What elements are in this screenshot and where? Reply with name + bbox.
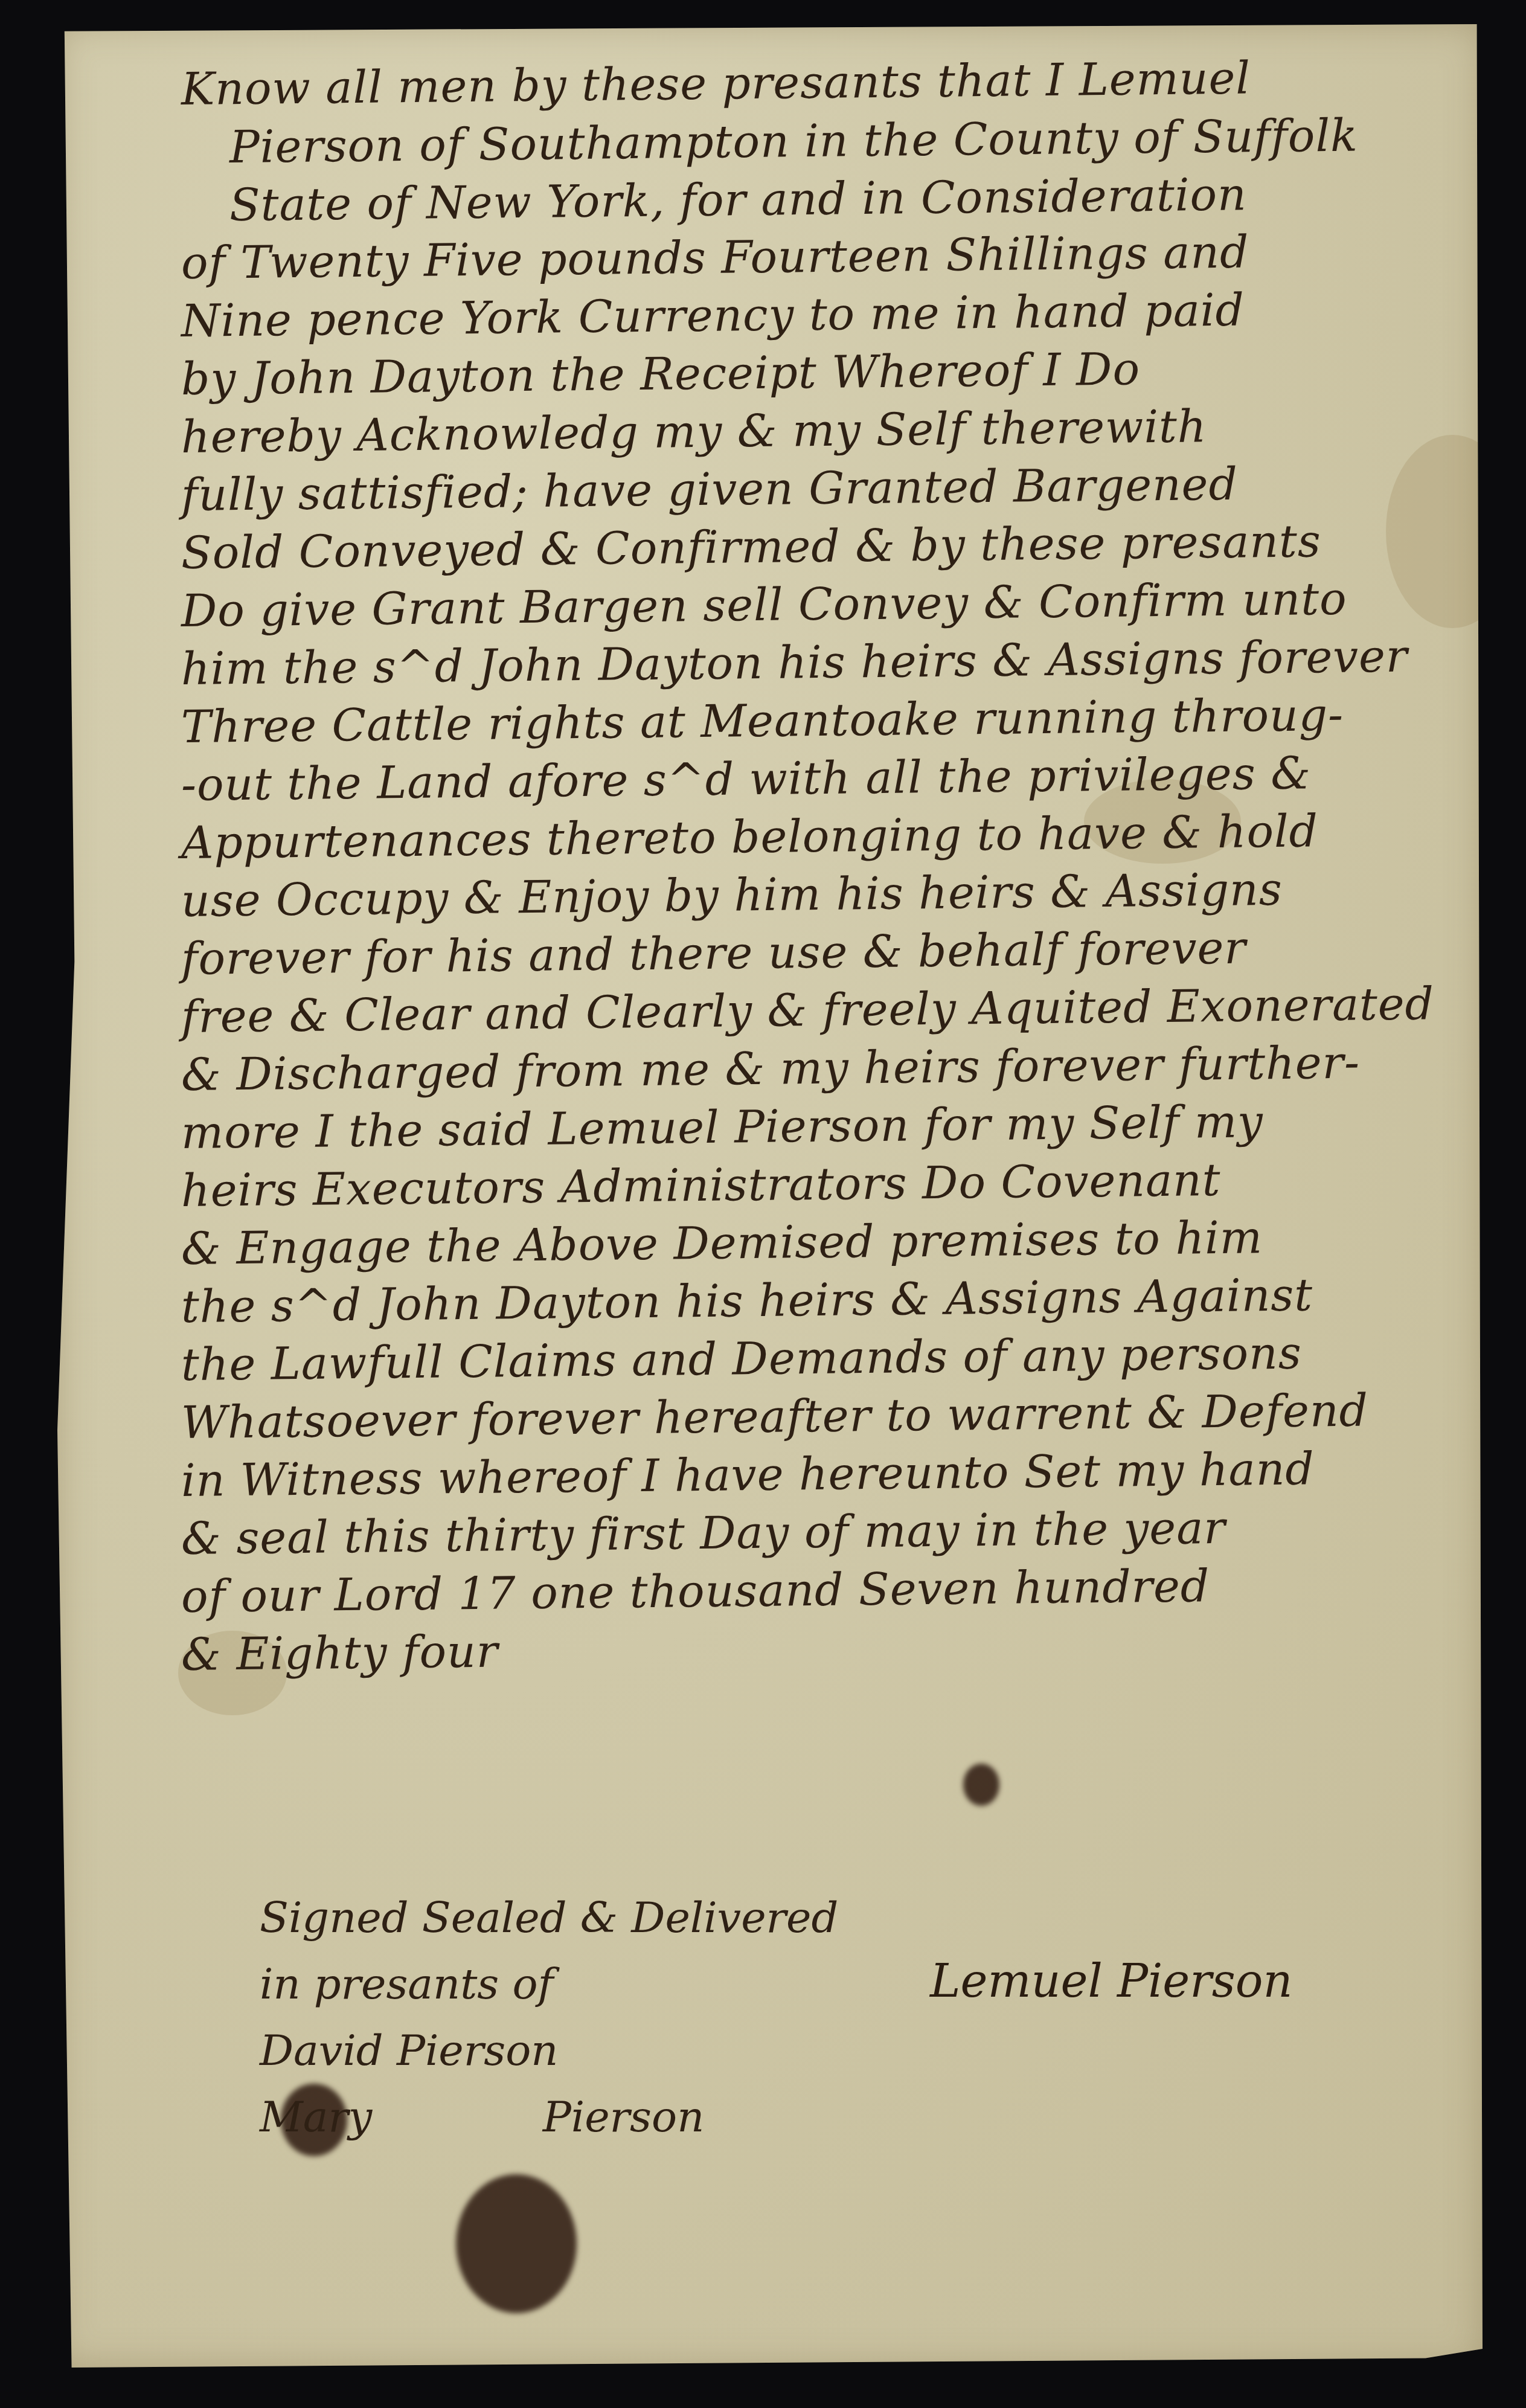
grantor-signature: Lemuel Pierson — [930, 1954, 1292, 2008]
presence-text: in presants of — [260, 1951, 838, 2017]
witness-first-name: David — [260, 2026, 383, 2075]
witness-first-name: Mary — [260, 2092, 372, 2142]
witness-last-name: Pierson — [397, 2026, 559, 2075]
witness-last-name: Pierson — [543, 2092, 705, 2142]
ink-blot — [963, 1764, 999, 1806]
deed-body: Know all men by these presants that I Le… — [181, 60, 1480, 1684]
attestation-text: Signed Sealed & Delivered — [260, 1884, 838, 1951]
attestation-block: Signed Sealed & Delivered in presants of… — [260, 1884, 838, 2150]
witness-signature: David Pierson — [260, 2017, 838, 2084]
ink-blot — [456, 2174, 577, 2313]
witness-signature: Mary Pierson — [260, 2084, 838, 2150]
